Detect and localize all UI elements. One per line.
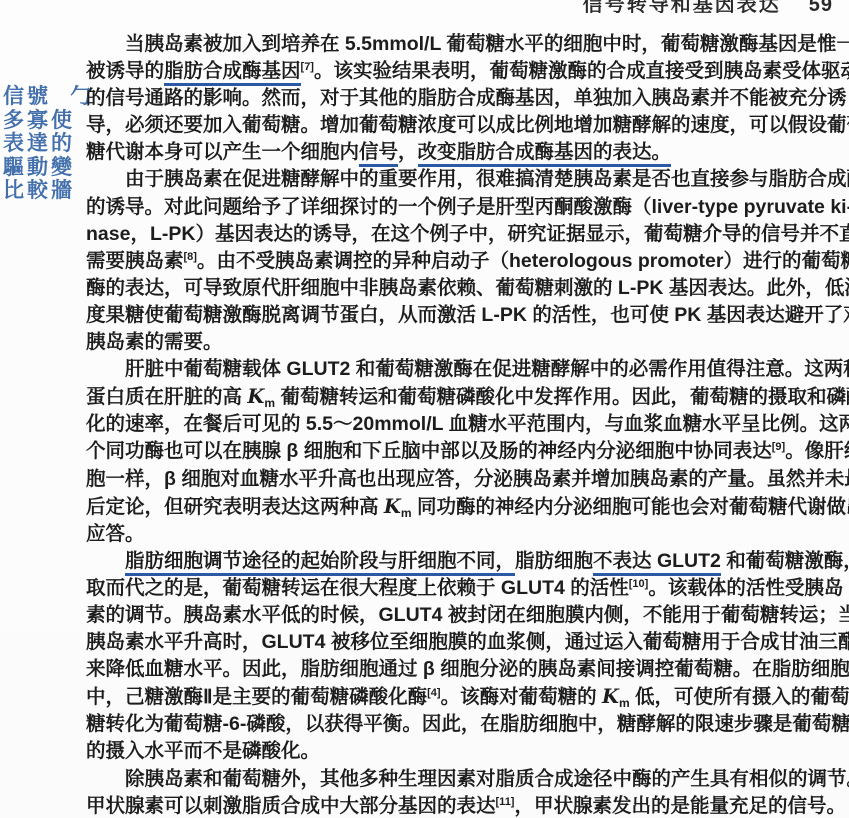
text-line: 的信号通路的影响。然而，对于其他的脂肪合成酶基因，单独加入胰岛素并不能被充分诱 (86, 85, 836, 112)
text-segment: K (247, 385, 264, 408)
reference-superscript: [4] (427, 687, 440, 699)
text-segment: 胰岛素水平升高时，GLUT4 被移位至细胞膜的血浆侧，通过运入葡萄糖用于合成甘油… (86, 631, 849, 653)
reference-superscript: [8] (184, 251, 197, 263)
text-line: 由于胰岛素在促进糖酵解中的重要作用，很难搞清楚胰岛素是否也直接参与脂肪合成酶 (86, 166, 836, 193)
text-segment: 取而代之的是，葡萄糖转运在很大程度上依赖于 GLUT4 的活性 (86, 577, 629, 599)
text-line: 当胰岛素被加入到培养在 5.5mmol/L 葡萄糖水平的细胞中时，葡萄糖激酶基因… (86, 31, 836, 58)
text-segment: 脂肪细胞 (515, 550, 593, 572)
underlined-text: 脂肪合成酶基因 (164, 60, 301, 86)
underlined-text: 改变脂肪合成酶基因的表达。 (418, 141, 672, 167)
text-line: 被诱导的脂肪合成酶基因[7]。该实验结果表明，葡萄糖激酶的合成直接受到胰岛素受体… (86, 58, 836, 85)
text-line: 度果糖使葡萄糖激酶脱离调节蛋白，从而激活 L-PK 的活性，也可使 PK 基因表… (86, 302, 836, 329)
text-segment: 酶的表达，可导致原代肝细胞中非胰岛素依赖、葡萄糖刺激的 L-PK 基因表达。此外… (86, 277, 849, 299)
underlined-text: 脂肪细胞调节途径的起始阶段与肝细胞不同， (125, 550, 515, 576)
underlined-text: 信号。 (788, 795, 847, 818)
text-segment: 的信号通路的影响。然而，对于其他的脂肪合成酶基因，单独加入胰岛素并不能被充分诱 (86, 87, 847, 109)
text-line: 需要胰岛素[8]。由不受胰岛素调控的异种启动子（heterologous pro… (86, 248, 836, 275)
text-line: 的诱导。对此问题给予了详细探讨的一个例子是肝型丙酮酸激酶（liver-type … (86, 194, 836, 221)
text-segment: 需要胰岛素 (86, 250, 184, 272)
text-segment: 葡萄糖转运和葡萄糖磷酸化中发挥作用。因此，葡萄糖的摄取和磷酸 (275, 386, 849, 408)
text-line: 导，必须还要加入葡萄糖。增加葡萄糖浓度可以成比例地增加糖酵解的速度，可以假设葡萄 (86, 112, 836, 139)
text-segment: K (602, 685, 619, 708)
margin-note-row: 比較牆 (3, 178, 87, 202)
text-line: 取而代之的是，葡萄糖转运在很大程度上依赖于 GLUT4 的活性[10]。该载体的… (86, 575, 836, 602)
reference-superscript: [10] (629, 578, 649, 590)
text-segment: 。由不受胰岛素调控的异种启动子（heterologous promoter）进行… (197, 250, 849, 272)
text-line: 个同功酶也可以在胰腺 β 细胞和下丘脑中部以及肠的神经内分泌细胞中协同表达[9]… (86, 438, 836, 465)
text-segment: 当胰岛素被加入到培养在 5.5mmol/L 葡萄糖水平的细胞中时，葡萄糖激酶基因… (125, 33, 849, 55)
text-segment: 低，可使所有摄入的葡萄 (630, 686, 849, 708)
text-segment: ，甲状腺素发出的是能量充足的 (514, 795, 787, 817)
text-line: 糖转化为葡萄糖-6-磷酸，以获得平衡。因此，在脂肪细胞中，糖酵解的限速步骤是葡萄… (86, 711, 836, 738)
text-segment: 蛋白质在肝脏的高 (86, 386, 247, 408)
text-line: 应答。 (86, 521, 836, 548)
running-title-fragment: 信号转导和基因表达 (583, 0, 781, 13)
text-segment: 和葡萄糖激酶， (721, 550, 849, 572)
text-segment: 中，己糖激酶Ⅱ是主要的葡萄糖磷酸化酶 (86, 686, 427, 708)
text-segment: m (619, 696, 630, 710)
text-segment: 。该载体的活性受胰岛 (648, 577, 843, 599)
text-segment: 的诱导。对此问题给予了详细探讨的一个例子是肝型丙酮酸激酶（liver-type … (86, 196, 849, 218)
text-line: 甲状腺素可以刺激脂质合成中大部分基因的表达[11]，甲状腺素发出的是能量充足的信… (86, 793, 836, 818)
reference-superscript: [11] (496, 796, 515, 808)
text-segment: ， (398, 141, 418, 163)
text-line: 蛋白质在肝脏的高 Km 葡萄糖转运和葡萄糖磷酸化中发挥作用。因此，葡萄糖的摄取和… (86, 383, 836, 411)
text-line: 肝脏中葡萄糖载体 GLUT2 和葡萄糖激酶在促进糖酵解中的必需作用值得注意。这两… (86, 356, 836, 383)
text-segment: 被诱导的 (86, 60, 164, 82)
text-segment: 。该酶对葡萄糖的 (441, 686, 602, 708)
text-segment: 个同功酶也可以在胰腺 β 细胞和下丘脑中部以及肠的神经内分泌细胞中协同表达 (86, 440, 772, 462)
page-header-fragment: 信号转导和基因表达59 (583, 0, 833, 13)
text-line: 酶的表达，可导致原代肝细胞中非胰岛素依赖、葡萄糖刺激的 L-PK 基因表达。此外… (86, 275, 836, 302)
text-segment: 。像肝细 (785, 440, 849, 462)
text-segment: 来降低血糖水平。因此，脂肪细胞通过 β 细胞分泌的胰岛素间接调控葡萄糖。在脂肪细… (86, 658, 849, 680)
text-segment: 由于胰岛素在促进糖酵解中的重要作用，很难搞清楚胰岛素是否也直接参与脂肪合成酶 (125, 168, 849, 190)
text-segment: 同功酶的神经内分泌细胞可能也会对葡萄糖代谢做出 (412, 496, 849, 518)
margin-note-row: 表達的 (3, 131, 87, 155)
page-number: 59 (809, 0, 833, 13)
text-segment: 糖代谢本身可以产生一个细胞内 (86, 141, 359, 163)
text-segment: 除胰岛素和葡萄糖外，其他多种生理因素对脂质合成途径中酶的产生具有相似的调节。 (125, 768, 849, 790)
text-line: 化的速率，在餐后可见的 5.5～20mmol/L 血糖水平范围内，与血浆血糖水平… (86, 411, 836, 438)
page-header: 信号转导和基因表达59 (0, 0, 849, 13)
text-segment: 胞一样，β 细胞对血糖水平升高也出现应答，分泌胰岛素并增加胰岛素的产量。虽然并未… (86, 468, 849, 490)
margin-note: 信號 勹多寡使表達的驅動變比較牆 (3, 84, 87, 202)
text-segment: 应答。 (86, 523, 145, 545)
text-segment: m (401, 506, 412, 520)
margin-note-row: 多寡使 (3, 108, 87, 132)
text-line: 胞一样，β 细胞对血糖水平升高也出现应答，分泌胰岛素并增加胰岛素的产量。虽然并未… (86, 466, 836, 493)
margin-note-row: 信號 勹 (3, 84, 87, 108)
text-segment: 后定论，但研究表明表达这两种高 (86, 496, 384, 518)
text-line: 胰岛素的需要。 (86, 329, 836, 356)
text-segment: 胰岛素的需要。 (86, 331, 223, 353)
text-segment: 度果糖使葡萄糖激酶脱离调节蛋白，从而激活 L-PK 的活性，也可使 PK 基因表… (86, 304, 849, 326)
margin-note-row: 驅動變 (3, 155, 87, 179)
document-page: 信号转导和基因表达59 信號 勹多寡使表達的驅動變比較牆 当胰岛素被加入到培养在… (0, 0, 849, 818)
underlined-text: 信号 (359, 141, 398, 167)
underlined-text: 不表达 GLUT2 (593, 550, 721, 576)
text-segment: nase，L-PK）基因表达的诱导，在这个例子中，研究证据显示，葡萄糖介导的信号… (86, 223, 849, 245)
text-line: nase，L-PK）基因表达的诱导，在这个例子中，研究证据显示，葡萄糖介导的信号… (86, 221, 836, 248)
text-line: 素的调节。胰岛素水平低的时候，GLUT4 被封闭在细胞膜内侧，不能用于葡萄糖转运… (86, 602, 836, 629)
text-segment: 的摄入水平而不是磷酸化。 (86, 740, 320, 762)
reference-superscript: [9] (772, 441, 785, 453)
reference-superscript: [7] (301, 61, 314, 73)
text-segment: 糖转化为葡萄糖-6-磷酸，以获得平衡。因此，在脂肪细胞中，糖酵解的限速步骤是葡萄… (86, 713, 849, 735)
text-segment: K (384, 495, 401, 518)
text-segment: 。该实验结果表明，葡萄糖激酶的合成直接受到胰岛素受体驱动 (314, 60, 849, 82)
text-segment: 素的调节。胰岛素水平低的时候，GLUT4 被封闭在细胞膜内侧，不能用于葡萄糖转运… (86, 604, 849, 626)
text-line: 糖代谢本身可以产生一个细胞内信号，改变脂肪合成酶基因的表达。 (86, 139, 836, 166)
text-line: 脂肪细胞调节途径的起始阶段与肝细胞不同，脂肪细胞不表达 GLUT2 和葡萄糖激酶… (86, 548, 836, 575)
text-line: 的摄入水平而不是磷酸化。 (86, 738, 836, 765)
text-line: 除胰岛素和葡萄糖外，其他多种生理因素对脂质合成途径中酶的产生具有相似的调节。 (86, 766, 836, 793)
text-line: 来降低血糖水平。因此，脂肪细胞通过 β 细胞分泌的胰岛素间接调控葡萄糖。在脂肪细… (86, 656, 836, 683)
text-segment: 肝脏中葡萄糖载体 GLUT2 和葡萄糖激酶在促进糖酵解中的必需作用值得注意。这两… (125, 358, 849, 380)
text-segment: m (264, 396, 275, 410)
body-text: 当胰岛素被加入到培养在 5.5mmol/L 葡萄糖水平的细胞中时，葡萄糖激酶基因… (86, 31, 836, 818)
text-line: 胰岛素水平升高时，GLUT4 被移位至细胞膜的血浆侧，通过运入葡萄糖用于合成甘油… (86, 629, 836, 656)
text-segment: 导，必须还要加入葡萄糖。增加葡萄糖浓度可以成比例地增加糖酵解的速度，可以假设葡萄 (86, 114, 849, 136)
underlined-text: 甲状腺素可以刺激脂质合成中大部分基因的表达 (86, 795, 496, 818)
text-line: 后定论，但研究表明表达这两种高 Km 同功酶的神经内分泌细胞可能也会对葡萄糖代谢… (86, 493, 836, 521)
text-line: 中，己糖激酶Ⅱ是主要的葡萄糖磷酸化酶[4]。该酶对葡萄糖的 Km 低，可使所有摄… (86, 683, 836, 711)
text-segment: 化的速率，在餐后可见的 5.5～20mmol/L 血糖水平范围内，与血浆血糖水平… (86, 413, 849, 435)
